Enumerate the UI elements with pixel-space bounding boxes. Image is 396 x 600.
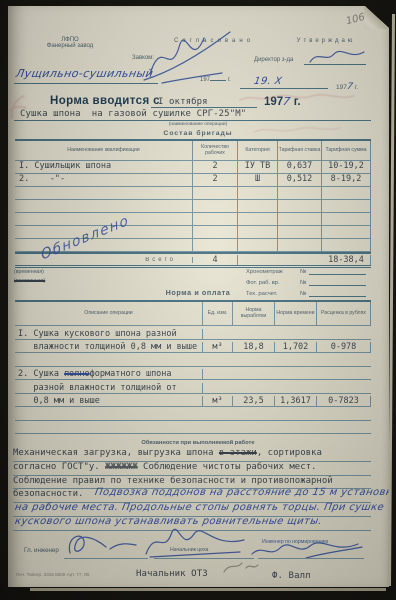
cell-desc: I. Сушка кускового шпона разной [15,329,203,339]
norma-table: Описание операции Ед. изм. Норма выработ… [15,300,371,434]
header-cell: Тарифная ставка [278,141,322,160]
operation-underline [14,120,371,121]
cell-name: I. Сушильщик шпона [15,161,193,173]
norma-line: 0,8 мм и выше м³ 23,5 1,3617 0-7823 [15,394,371,408]
cell-sum: 10-19,2 [322,161,371,173]
table-row: I. Сушильщик шпона 2 IУ ТВ 0,637 10-19,2 [15,161,371,174]
agreed-year-blank-line [210,73,226,81]
norma-line: влажности толщиной 0,8 мм и выше м³ 18,8… [15,340,371,354]
bleedthrough-mark [8,94,28,122]
duty-struck: в этажи [219,448,257,458]
approved-title: Утверждаю [274,38,378,44]
otz-name: Ф. Валл [272,571,311,581]
cell-time-norm: 1,3617 [275,396,317,406]
agreed-year-suffix: г. [228,77,231,83]
cell-desc: влажности толщиной 0,8 мм и выше [15,342,203,352]
table-row-empty [15,200,371,213]
signature-line [258,558,364,559]
ref-label: Тех. расчет. [246,291,298,297]
norma-line: разной влажности толщиной от [15,380,371,394]
cell-output-norm: 23,5 [233,396,275,406]
header-cell: Норма выработки [233,302,275,325]
desc-struck: полно [64,369,90,379]
norma-line: 2. Сушка полноформатного шпона [15,367,371,381]
norm-intro: Норма вводится с [50,95,160,107]
cell-time-norm: 1,702 [275,342,317,352]
operation-line: Сушка шпона на газовой сушилке СРГ-25"М" [20,109,246,119]
otz-signature-pencil [222,558,262,576]
header-cell: Описание операции [15,302,203,325]
header-cell: Наименование квалификации [15,141,193,160]
cell-qty: 2 [193,161,238,173]
duty-text: Механическая загрузка, выгрузка шпона [13,448,219,458]
shop-head-signature [140,524,258,562]
document-page: 106 ЛФПО Фанерный завод Согласовано Завк… [8,6,389,587]
desc-post: форматного шпона [90,369,172,379]
reference-numbers: Хронометраж № Фот. раб. вр. № Тех. расче… [246,264,366,297]
total-qty: 4 [193,255,238,265]
org-subname: Фанерный завод [34,43,106,49]
header-cell: Тарифная сумма [322,141,371,160]
approved-date-hand: 19. X [253,76,283,87]
duties-title: Обязанности при выполняемой работе [88,440,308,446]
norma-line [15,353,371,367]
duty-line: согласно ГОСТ"у. ЖЖЖЖЖЖ Соблюдение чисто… [13,462,371,476]
cell-sum: 8-19,2 [322,174,371,186]
bleedthrough-mark [238,90,358,106]
agreed-year-pre: 197 [200,77,210,83]
ref-label: Фот. раб. вр. [246,280,298,286]
fold-corner [364,6,389,29]
header-cell: Количество рабочих [193,141,238,160]
cell-category: Ш [238,174,278,186]
norma-line: I. Сушка кускового шпона разной [15,326,371,340]
page-edge [30,588,386,591]
shop-underline [14,83,158,84]
norma-line [15,407,371,421]
brigade-header-row: Наименование квалификации Количество раб… [15,141,371,161]
cell-price: 0-978 [317,342,371,352]
cell-desc: разной влажности толщиной от [15,383,203,393]
handwritten-note: Подвозка поддонов на расстояние до 15 м … [94,487,396,498]
temp-label: (временная) [14,269,44,275]
cell-rate: 0,512 [278,174,322,186]
cell-unit: м³ [203,396,233,406]
table-row-empty [15,187,371,200]
cell-rate: 0,637 [278,161,322,173]
duty-text: Соблюдение чистоты рабочих мест. [138,462,317,472]
agreed-year-blank: 197 г. [200,73,231,83]
chief-engineer-signature [64,529,140,561]
cell-price: 0-7823 [317,396,371,406]
shop-name-handwritten: Лущильно-сушильный [15,67,155,80]
number-sign: № [300,269,306,275]
duty-text: безопасности. [13,489,83,499]
norma-line [15,421,371,435]
director-signature [308,48,366,66]
norm-date: I октября [158,97,208,107]
cell-desc: 2. Сушка полноформатного шпона [15,369,203,379]
cell-unit: м³ [203,342,233,352]
signature-line [64,558,148,559]
director-label: Директор з-да [254,57,293,63]
number-sign: № [300,280,306,286]
photo-background: 106 ЛФПО Фанерный завод Согласовано Завк… [0,0,396,600]
chief-engineer-label: Гл. инженер [24,547,59,554]
cell-qty: 2 [193,174,238,186]
duty-struck: ЖЖЖЖЖЖ [105,462,138,472]
header-cell: Расценка в рублях [317,302,371,325]
ref-blank-line [309,268,366,275]
bleedthrough-mark [252,124,342,136]
cell-output-norm: 18,8 [233,342,275,352]
print-info: Печ. Типогр. 3316 5000 Арт. 77, 06. [16,572,90,577]
table-row: 2. -"- 2 Ш 0,512 8-19,2 [15,174,371,187]
duty-text: согласно ГОСТ"у. [13,462,105,472]
duty-line: на рабочие места. Продольные стопы ровня… [13,503,371,517]
duty-text: Соблюдение правил по технике безопасност… [13,476,333,486]
cell-desc: 0,8 мм и выше [15,396,203,406]
norm-date-line [151,107,257,108]
table-row-empty [15,213,371,226]
ref-line: Фот. раб. вр. № [246,275,366,286]
handwritten-note: на рабочие места. Продольные стопы ровня… [14,502,385,513]
ref-label: Хронометраж [246,269,298,275]
header-cell: Норма времени [275,302,317,325]
duty-text: , сортировка [257,448,322,458]
ref-line: Тех. расчет. № [246,286,366,297]
ref-blank-line [309,279,366,286]
total-sum: 18-38,4 [322,255,371,265]
perm-label: (постоянная) [14,278,45,284]
page-edge [388,14,395,586]
cell-category: IУ ТВ [238,161,278,173]
otz-label: Начальник ОТЗ [136,569,208,579]
approved-date-line [240,88,328,89]
page-number-pencil: 106 [345,12,366,27]
ref-blank-line [309,290,366,297]
duties-block: Механическая загрузка, выгрузка шпона в … [13,448,371,531]
cell-name: 2. -"- [15,174,193,186]
header-cell: Категория [238,141,278,160]
norma-header-row: Описание операции Ед. изм. Норма выработ… [15,302,371,326]
header-cell: Ед. изм. [203,302,233,325]
ref-line: Хронометраж № [246,264,366,275]
number-sign: № [300,291,306,297]
desc-pre: 2. Сушка [18,369,64,379]
duty-line: Механическая загрузка, выгрузка шпона в … [13,448,371,462]
